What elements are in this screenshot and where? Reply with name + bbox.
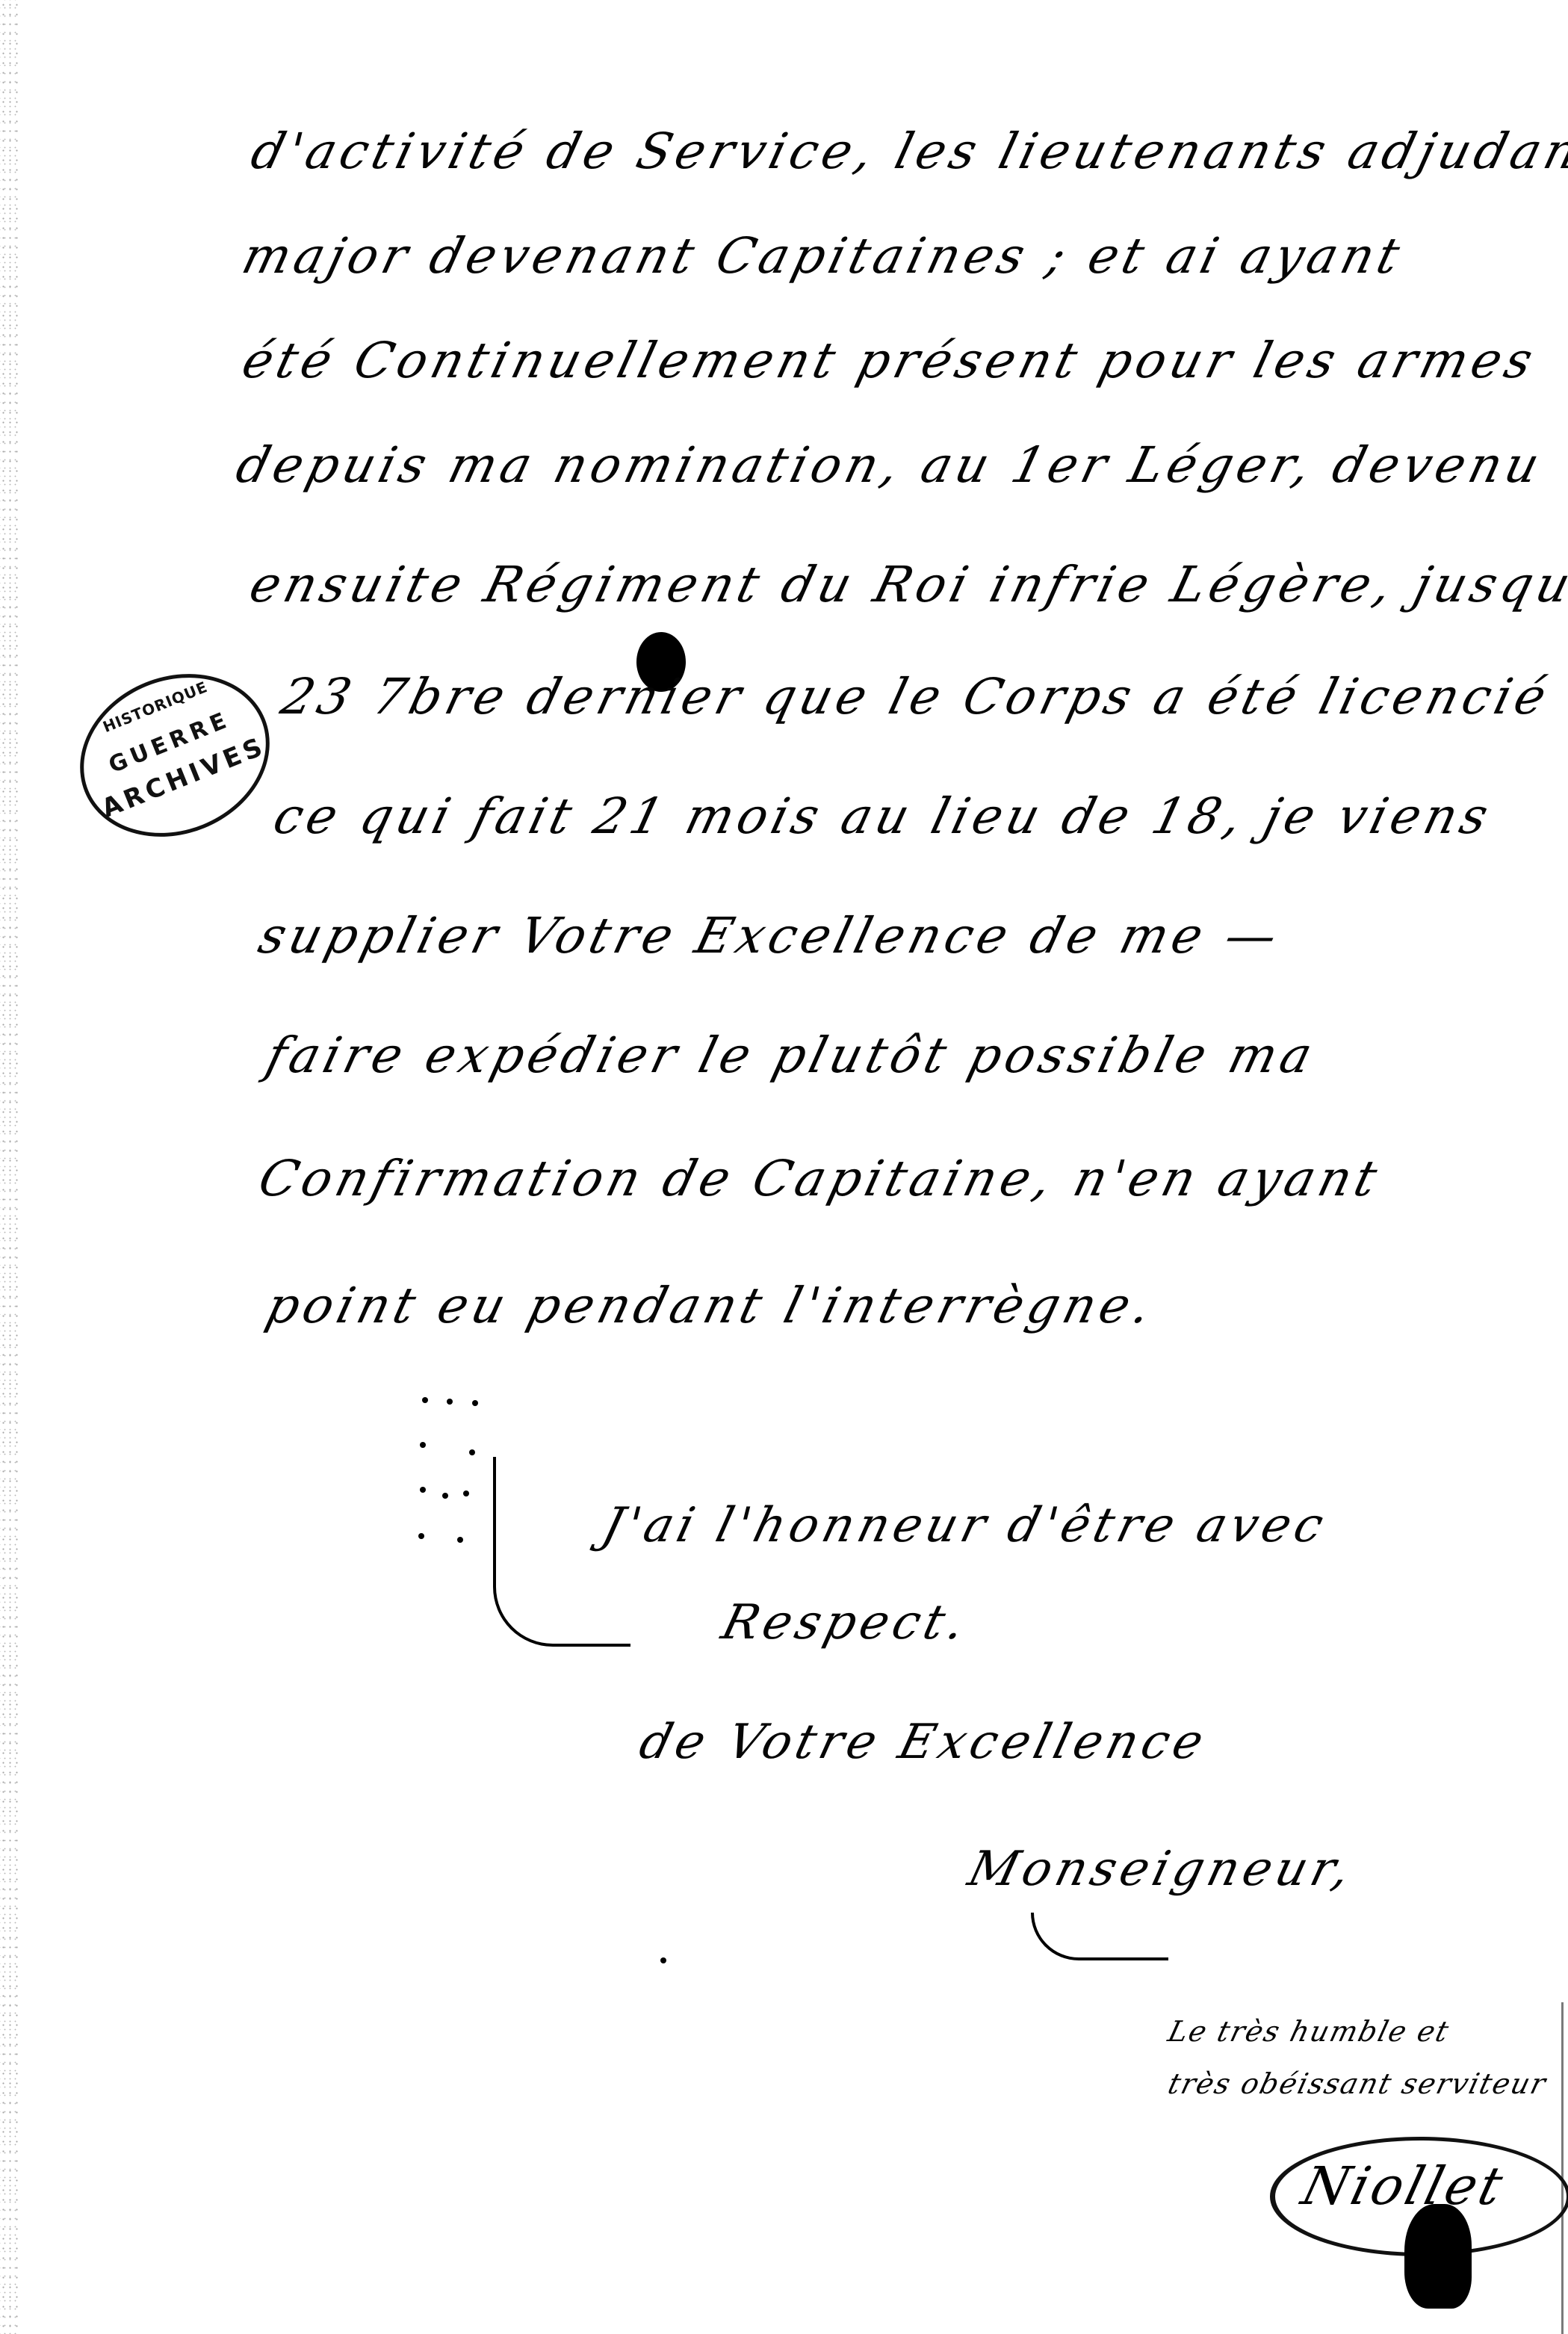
page-edge-line (1561, 2002, 1564, 2334)
closing-line-2: Respect. (717, 1599, 974, 1647)
stray-ink-dot (660, 1957, 666, 1963)
body-line-4: depuis ma nomination, au 1er Léger, deve… (232, 441, 1549, 490)
body-line-7: ce qui fait 21 mois au lieu de 18, je vi… (269, 792, 1497, 841)
closing-line-1: J'ai l'honneur d'être avec (598, 1502, 1332, 1550)
signature-line-2: très obéissant serviteur (1165, 2070, 1549, 2098)
body-line-1: d'activité de Service, les lieutenants a… (247, 127, 1568, 176)
signature-name: Niollet (1296, 2155, 1512, 2217)
stray-ink-dot (463, 1491, 469, 1496)
stray-ink-dot (469, 1449, 475, 1455)
stray-ink-dot (457, 1537, 463, 1543)
body-line-2: major devenant Capitaines ; et ai ayant (238, 232, 1408, 281)
body-line-6: 23 7bre dernier que le Corps a été licen… (276, 672, 1555, 722)
stray-ink-dot (420, 1442, 426, 1448)
body-line-11: point eu pendant l'interrègne. (261, 1281, 1160, 1331)
stray-ink-dot (447, 1399, 453, 1405)
body-line-5: ensuite Régiment du Roi infrie Légère, j… (245, 560, 1568, 610)
stray-ink-dot (442, 1493, 448, 1499)
body-line-3: été Continuellement présent pour les arm… (238, 336, 1542, 386)
body-line-8: supplier Votre Excellence de me — (254, 911, 1286, 961)
archives-stamp: HISTORIQUE GUERRE ARCHIVES (55, 646, 294, 864)
flourish-stroke (493, 1457, 630, 1647)
stray-ink-dot (420, 1487, 426, 1493)
letter-page: HISTORIQUE GUERRE ARCHIVES d'activité de… (0, 0, 1568, 2334)
stray-ink-dot (422, 1397, 428, 1403)
flourish-stroke (1031, 1913, 1168, 1960)
scan-edge-noise (0, 0, 19, 2334)
body-line-10: Confirmation de Capitaine, n'en ayant (254, 1154, 1386, 1204)
signature-line-1: Le très humble et (1165, 2017, 1453, 2046)
stray-ink-dot (418, 1533, 424, 1539)
stray-ink-dot (472, 1400, 478, 1406)
body-line-9: faire expédier le plutôt possible ma (261, 1031, 1321, 1080)
signature-ink-blot (1404, 2204, 1472, 2309)
closing-line-3: de Votre Excellence (635, 1718, 1212, 1766)
closing-line-4: Monseigneur, (964, 1845, 1360, 1893)
